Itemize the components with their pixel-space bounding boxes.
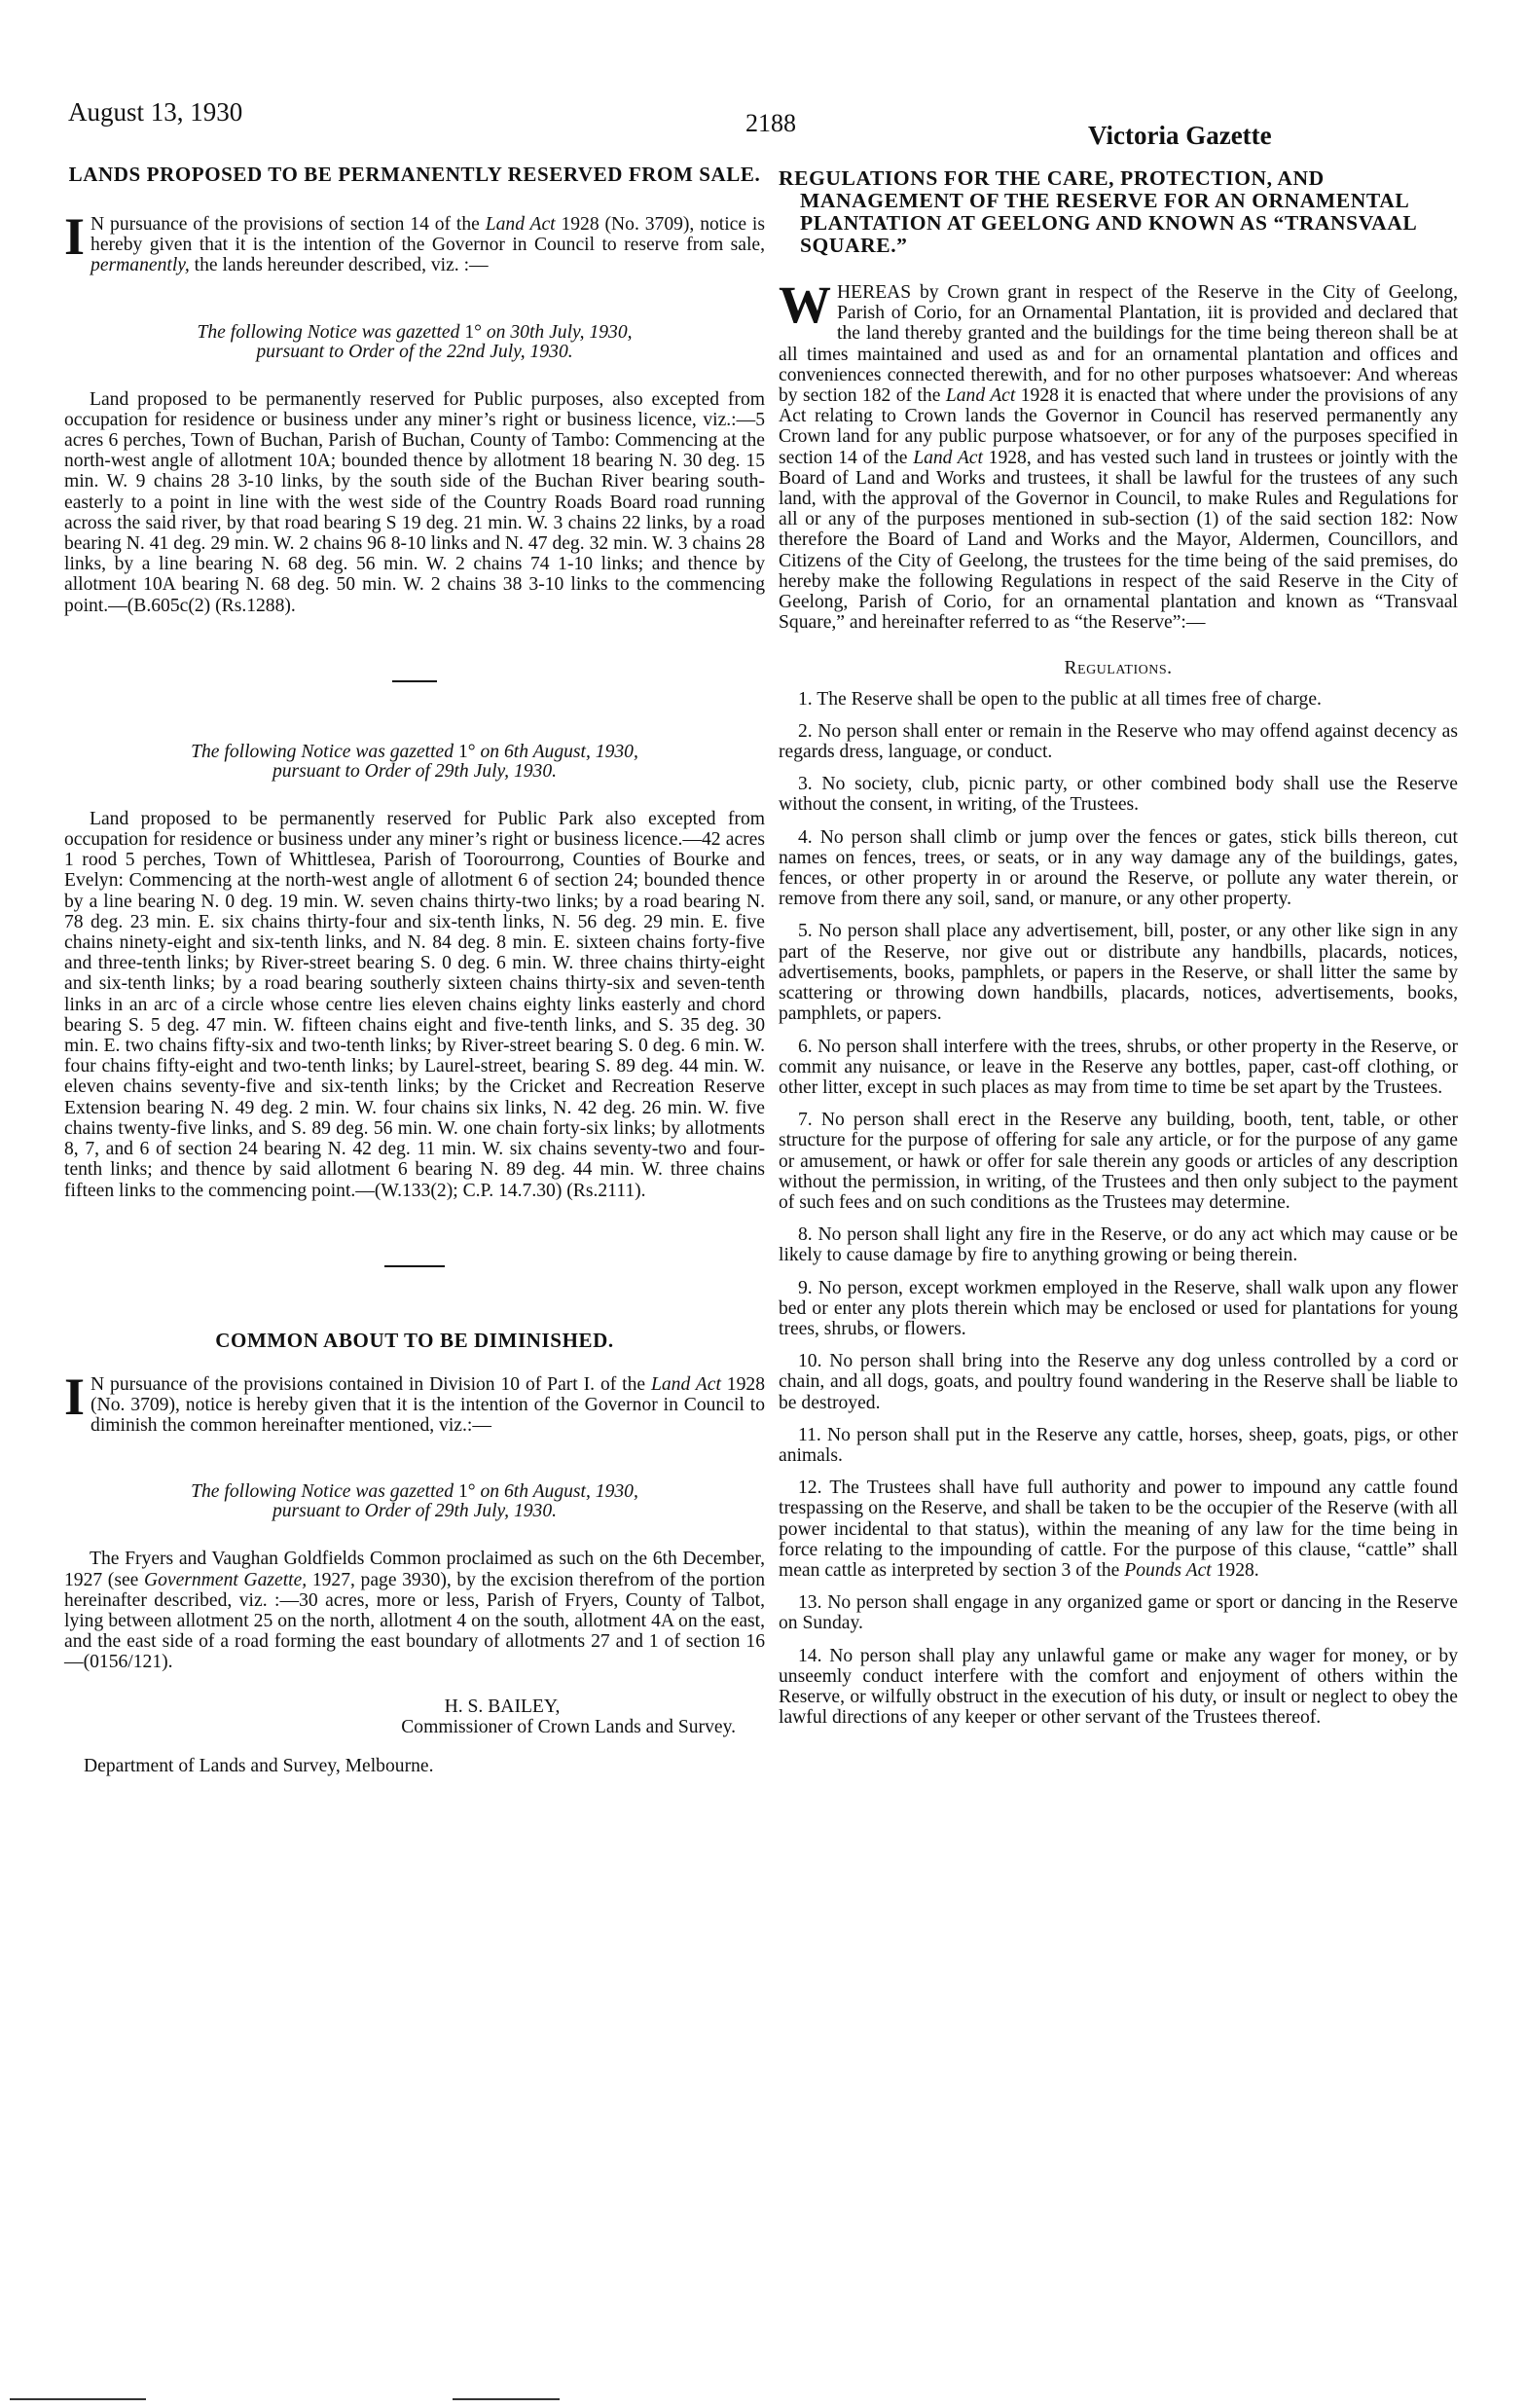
right-column: REGULATIONS FOR THE CARE, PROTECTION, AN… bbox=[779, 167, 1458, 1728]
regulation-item: 12. The Trustees shall have full authori… bbox=[779, 1478, 1458, 1581]
notice-caption-whittlesea: The following Notice was gazetted 1° on … bbox=[64, 743, 765, 782]
regulation-item: 10. No person shall bring into the Reser… bbox=[779, 1351, 1458, 1413]
regulation-item: 5. No person shall place any advertiseme… bbox=[779, 921, 1458, 1024]
notice-caption-fryers: The following Notice was gazetted 1° on … bbox=[64, 1482, 765, 1521]
signatory-name: H. S. BAILEY, bbox=[64, 1697, 765, 1717]
running-head-date: August 13, 1930 bbox=[68, 97, 242, 128]
notice-caption-buchan: The following Notice was gazetted 1° on … bbox=[64, 323, 765, 362]
section-heading-regulations-geelong: REGULATIONS FOR THE CARE, PROTECTION, AN… bbox=[779, 167, 1458, 257]
regulations-heading: Regulations. bbox=[779, 658, 1458, 678]
notice-body-fryers: The Fryers and Vaughan Goldfields Common… bbox=[64, 1549, 765, 1672]
regulation-item: 4. No person shall climb or jump over th… bbox=[779, 827, 1458, 910]
regulation-item: 13. No person shall engage in any organi… bbox=[779, 1592, 1458, 1633]
footer-rule bbox=[453, 2398, 560, 2400]
publication-title: Victoria Gazette bbox=[1088, 121, 1272, 151]
signatory-title: Commissioner of Crown Lands and Survey. bbox=[64, 1717, 765, 1738]
regulation-item: 1. The Reserve shall be open to the publ… bbox=[779, 689, 1458, 710]
common-intro-paragraph: IN pursuance of the provisions contained… bbox=[64, 1374, 765, 1437]
footer-rule bbox=[10, 2398, 146, 2400]
lands-intro-paragraph: IN pursuance of the provisions of sectio… bbox=[64, 214, 765, 276]
page-number: 2188 bbox=[745, 109, 796, 138]
regulation-item: 6. No person shall interfere with the tr… bbox=[779, 1037, 1458, 1099]
regulation-item: 3. No society, club, picnic party, or ot… bbox=[779, 774, 1458, 815]
regulation-item: 2. No person shall enter or remain in th… bbox=[779, 721, 1458, 762]
regulation-item: 11. No person shall put in the Reserve a… bbox=[779, 1425, 1458, 1466]
drop-cap: I bbox=[64, 1376, 85, 1417]
preamble-paragraph: WHEREAS by Crown grant in respect of the… bbox=[779, 282, 1458, 633]
left-column: LANDS PROPOSED TO BE PERMANENTLY RESERVE… bbox=[64, 164, 765, 1776]
notice-body-whittlesea: Land proposed to be permanently reserved… bbox=[64, 809, 765, 1201]
section-heading-lands-reserved: LANDS PROPOSED TO BE PERMANENTLY RESERVE… bbox=[64, 164, 765, 185]
regulation-item: 7. No person shall erect in the Reserve … bbox=[779, 1110, 1458, 1213]
regulations-list: 1. The Reserve shall be open to the publ… bbox=[779, 689, 1458, 1467]
notice-body-buchan: Land proposed to be permanently reserved… bbox=[64, 389, 765, 616]
regulation-item: 14. No person shall play any unlawful ga… bbox=[779, 1646, 1458, 1729]
regulation-item: 8. No person shall light any fire in the… bbox=[779, 1224, 1458, 1265]
regulation-item: 9. No person, except workmen employed in… bbox=[779, 1278, 1458, 1340]
drop-cap: I bbox=[64, 216, 85, 257]
drop-cap: W bbox=[779, 284, 831, 325]
section-heading-common-diminished: COMMON ABOUT TO BE DIMINISHED. bbox=[64, 1330, 765, 1351]
department-line: Department of Lands and Survey, Melbourn… bbox=[84, 1756, 765, 1776]
